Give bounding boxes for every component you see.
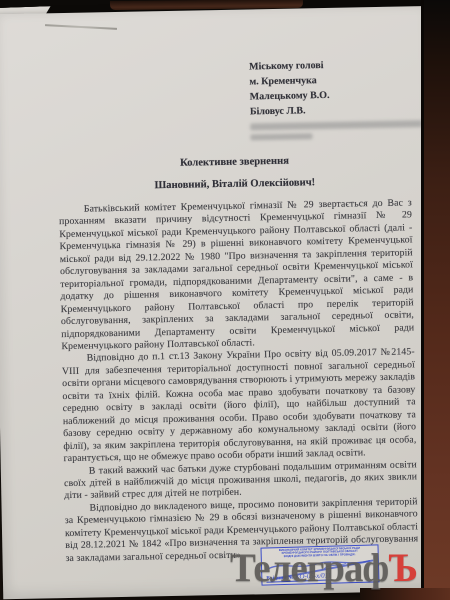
letter-sheet: Міському голові м. Кременчука Малецькому…: [0, 6, 439, 599]
letter-content: Міському голові м. Кременчука Малецькому…: [0, 6, 439, 599]
watermark-gray-text: Телеграф: [230, 545, 388, 590]
recipient-block: Міському голові м. Кременчука Малецькому…: [249, 56, 429, 140]
redacted-address-line: [250, 133, 312, 140]
photo-of-letter: Міському голові м. Кременчука Малецькому…: [0, 0, 450, 600]
letter-body: Батьківський комітет Кременчуцької гімна…: [59, 197, 419, 565]
paragraph: Батьківський комітет Кременчуцької гімна…: [59, 197, 415, 353]
table-edge: [421, 0, 450, 600]
paragraph: Відповідно до п.1 ст.13 Закону України П…: [62, 347, 417, 466]
letter-title: Колективне звернення: [58, 153, 411, 171]
redacted-address-line: [250, 120, 422, 130]
salutation: Шановний, Віталій Олексійович!: [58, 175, 411, 193]
telegraf-watermark: ТелеграфЪ: [230, 548, 417, 588]
recipient-line: Біловус Л.В.: [250, 101, 428, 119]
watermark-red-letter: Ъ: [388, 545, 417, 590]
